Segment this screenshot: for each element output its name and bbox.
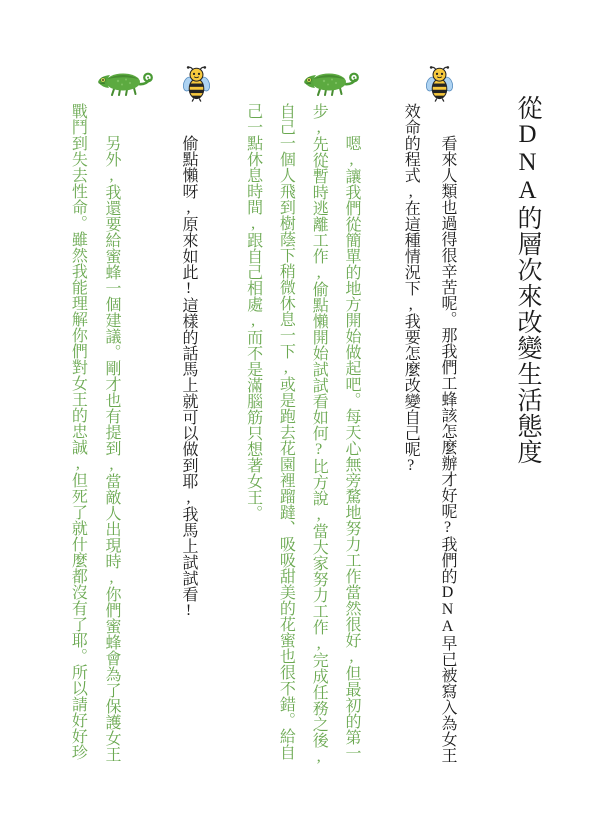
chameleon-icon [96,68,156,96]
book-page: 從DNA的層次來改變生活態度 看來人類也過得很辛苦呢。那我們工蜂該怎麼辦才好呢?… [0,0,600,831]
dialogue-chameleon-2: 另外,我還要給蜜蜂一個建議。剛才也有提到,當敵人出現時,你們蜜蜂會為了保護女王戰… [61,103,128,768]
dialogue-bee-2: 偷點懶呀,原來如此!這樣的話馬上就可以做到耶,我馬上試試看! [171,103,205,768]
page-title: 從DNA的層次來改變生活態度 [509,95,545,485]
chameleon-icon [302,68,362,96]
dialogue-bee-1: 看來人類也過得很辛苦呢。那我們工蜂該怎麼辦才好呢?我們的DNA早已被寫入為女王效… [391,103,465,768]
bee-icon [183,64,210,102]
bee-icon [426,64,453,102]
dialogue-chameleon-1: 嗯,讓我們從簡單的地方開始做起吧。每天心無旁騖地努力工作當然很好,但最初的第一步… [236,103,367,768]
